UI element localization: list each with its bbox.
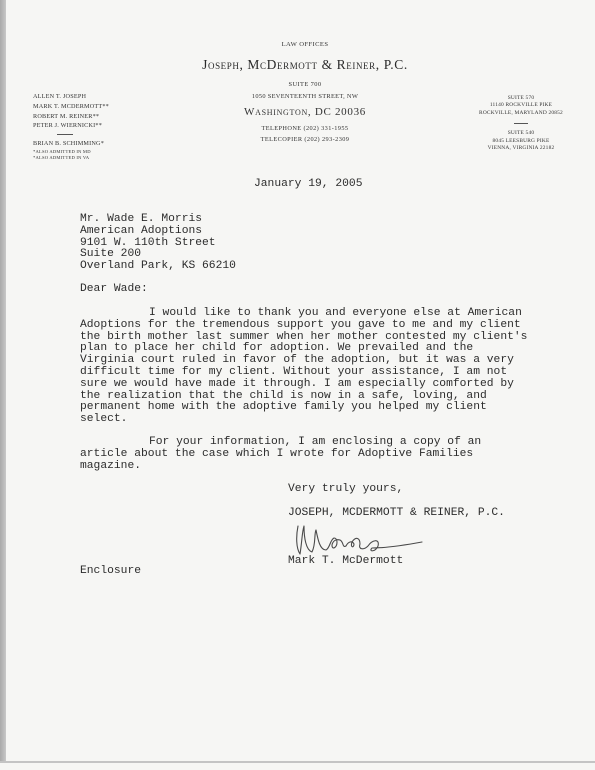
paragraph-line: sure we would have made it through. I am… xyxy=(80,379,527,391)
law-offices-label: LAW OFFICES xyxy=(150,41,460,48)
main-street: 1050 SEVENTEENTH STREET, NW xyxy=(150,93,460,100)
letter-date: January 19, 2005 xyxy=(254,179,362,191)
partner-name: ALLEN T. JOSEPH xyxy=(33,92,109,102)
paragraph-line: article about the case which I wrote for… xyxy=(80,449,481,461)
enclosure-notation: Enclosure xyxy=(80,566,141,578)
branch-city: VIENNA, VIRGINIA 22182 xyxy=(461,145,581,152)
telephone: TELEPHONE (202) 331-1955 xyxy=(150,125,460,132)
telecopier: TELECOPIER (202) 293-2309 xyxy=(150,136,460,143)
letter-page: LAW OFFICES Joseph, McDermott & Reiner, … xyxy=(0,0,595,770)
branch-offices: SUITE 570 11140 ROCKVILLE PIKE ROCKVILLE… xyxy=(461,95,581,152)
paragraph-line: select. xyxy=(80,414,527,426)
associate-name: BRIAN B. SCHIMMING* xyxy=(33,139,109,149)
branch-suite: SUITE 540 xyxy=(461,130,581,137)
recipient-address: Mr. Wade E. MorrisAmerican Adoptions9101… xyxy=(80,214,236,273)
address-line: American Adoptions xyxy=(80,226,236,238)
partners-list: ALLEN T. JOSEPH MARK T. MCDERMOTT** ROBE… xyxy=(33,92,109,161)
paragraph-line: difficult time for my client. Without yo… xyxy=(80,367,527,379)
main-suite: SUITE 700 xyxy=(150,81,460,88)
salutation: Dear Wade: xyxy=(80,284,148,296)
address-line: Overland Park, KS 66210 xyxy=(80,261,236,273)
paragraph-line: magazine. xyxy=(80,461,481,473)
main-city: Washington, DC 20036 xyxy=(150,106,460,118)
closing: Very truly yours, xyxy=(288,484,403,496)
paragraph-line: Adoptions for the tremendous support you… xyxy=(80,320,527,332)
partner-name: ROBERT M. REINER** xyxy=(33,112,109,122)
branch-street: 8045 LEESBURG PIKE xyxy=(461,138,581,145)
partner-name: PETER J. WIERNICKI** xyxy=(33,121,109,131)
firm-signature-block: JOSEPH, MCDERMOTT & REINER, P.C. xyxy=(288,508,505,520)
body-paragraph-1: I would like to thank you and everyone e… xyxy=(80,308,527,426)
paragraph-line: permanent home with the adoptive family … xyxy=(80,402,527,414)
body-paragraph-2: For your information, I am enclosing a c… xyxy=(80,437,481,472)
branch-street: 11140 ROCKVILLE PIKE xyxy=(461,102,581,109)
partner-name: MARK T. MCDERMOTT** xyxy=(33,102,109,112)
branch-city: ROCKVILLE, MARYLAND 20852 xyxy=(461,110,581,117)
signer-name: Mark T. McDermott xyxy=(288,556,403,568)
paragraph-line: I would like to thank you and everyone e… xyxy=(149,307,522,319)
divider xyxy=(57,134,73,135)
branch-suite: SUITE 570 xyxy=(461,95,581,102)
firm-name: Joseph, McDermott & Reiner, P.C. xyxy=(150,57,460,73)
paragraph-line: For your information, I am enclosing a c… xyxy=(149,436,481,448)
divider xyxy=(514,123,528,124)
admission-note: *ALSO ADMITTED IN VA xyxy=(33,155,109,161)
